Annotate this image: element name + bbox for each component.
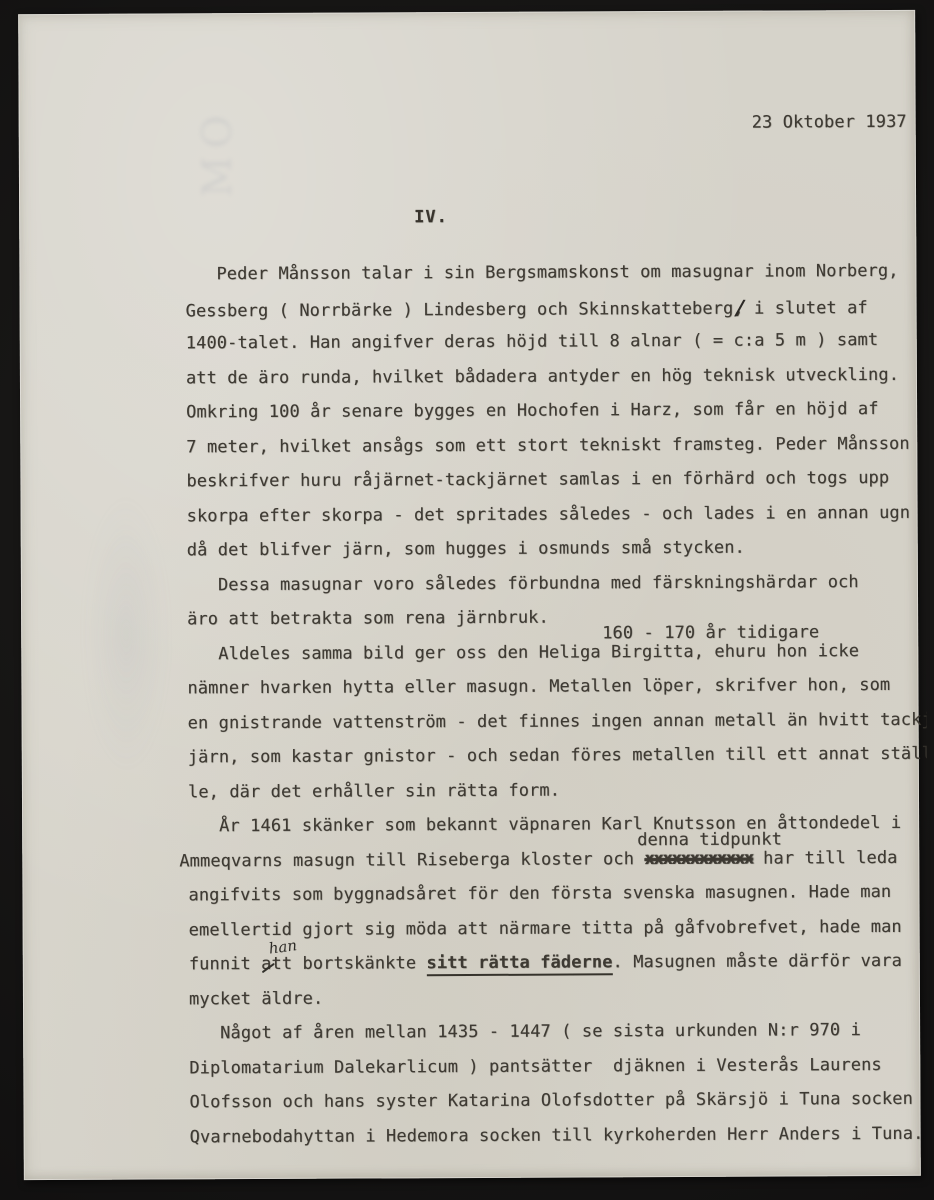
line-text: Olofsson och hans syster Katarina Olofsd… (189, 1089, 913, 1113)
document-line: järn, som kastar gnistor - och sedan för… (188, 744, 927, 770)
line-text: Ammeqvarns masugn till Riseberga kloster… (179, 849, 644, 871)
line-text: angifvits som byggnadsåret för den först… (188, 882, 891, 905)
document-line: le, där det erhåller sin rätta form. (188, 780, 560, 804)
document-line: att de äro runda, hvilket bådadera antyd… (186, 364, 899, 389)
line-text: le, där det erhåller sin rätta form. (188, 780, 560, 802)
line-text: Omkring 100 år senare bygges en Hochofen… (186, 399, 879, 422)
document-line: då det blifver järn, som hugges i osmund… (187, 538, 745, 563)
document-line: beskrifver huru råjärnet-tackjärnet saml… (186, 468, 889, 493)
line-text: Peder Månsson talar i sin Bergsmamskonst… (216, 261, 898, 284)
document-line: funnit att bortskänkte sitt rätta fädern… (189, 951, 902, 976)
line-text: . Masugnen måste därför vara (612, 951, 901, 972)
line-text: nämner hvarken hytta eller masugn. Metal… (187, 675, 890, 698)
line-text: att de äro runda, hvilket bådadera antyd… (186, 364, 899, 387)
line-text: har till leda (753, 847, 898, 868)
document-line: skorpa efter skorpa - det spritades såle… (187, 502, 911, 528)
line-text: då det blifver järn, som hugges i osmund… (187, 538, 745, 561)
document-line: Olofsson och hans syster Katarina Olofsd… (189, 1089, 913, 1115)
line-text: en gnistrande vattenström - det finnes i… (188, 709, 922, 733)
interlinear-insertion: denna tidpunkt (637, 829, 782, 850)
line-text: mycket äldre. (189, 988, 323, 1009)
document-line: 7 meter, hvilket ansågs som ett stort te… (186, 433, 910, 459)
document-line: Omkring 100 år senare bygges en Hochofen… (186, 399, 879, 424)
document-line: äro att betrakta som rena järnbruk. (187, 608, 549, 632)
document-line: Ammeqvarns masugn till Riseberga kloster… (179, 847, 897, 873)
document-line: Qvarnebodahyttan i Hedemora socken till … (190, 1123, 924, 1149)
document-line: 1400-talet. Han angifver deras höjd till… (186, 330, 879, 355)
line-text: funnit att bortskänkte (189, 953, 427, 974)
handwritten-insertion: han (268, 935, 299, 958)
line-text: Diplomatarium Dalekarlicum ) pantsätter … (189, 1054, 882, 1077)
line-text: järn, som kastar gnistor - och sedan för… (188, 744, 922, 768)
handwritten-slash: / (733, 297, 742, 317)
line-text: 7 meter, hvilket ansågs som ett stort te… (186, 433, 910, 457)
document-line: Aldeles samma bild ger oss den Heliga Bi… (187, 641, 859, 666)
line-text: År 1461 skänker som bekannt väpnaren Kar… (219, 813, 901, 836)
struck-out-text: xxxxxxxxxxxx (644, 848, 753, 869)
line-text: Qvarnebodahyttan i Hedemora socken till … (190, 1123, 924, 1147)
document-line: Gessberg ( Norrbärke ) Lindesberg och Sk… (186, 296, 868, 321)
line-text: 1400-talet. Han angifver deras höjd till… (186, 330, 879, 353)
line-text: Gessberg ( Norrbärke ) Lindesberg och Sk… (186, 298, 744, 321)
document-line: År 1461 skänker som bekannt väpnaren Kar… (188, 813, 901, 838)
document-line: Dessa masugnar voro således förbundna me… (187, 572, 859, 597)
document-line: Peder Månsson talar i sin Bergsmamskonst… (185, 261, 898, 286)
line-text: Något af åren mellan 1435 - 1447 ( se si… (220, 1020, 861, 1043)
document-page: MO 23 Oktober 1937 IV. Peder Månsson tal… (18, 10, 921, 1180)
edge-clipped-character: l (922, 744, 927, 764)
document-line: en gnistrande vattenström - det finnes i… (188, 709, 927, 735)
document-date: 23 Oktober 1937 (752, 112, 907, 133)
line-text: Dessa masugnar voro således förbundna me… (218, 572, 859, 595)
section-heading: IV. (414, 207, 448, 227)
document-line: nämner hvarken hytta eller masugn. Metal… (187, 675, 890, 700)
document-line: angifvits som byggnadsåret för den först… (188, 882, 891, 907)
document-line: mycket äldre. (189, 988, 323, 1011)
document-line: Diplomatarium Dalekarlicum ) pantsätter … (189, 1054, 882, 1079)
bleed-through-smudge (81, 493, 172, 773)
interlinear-insertion: 160 - 170 år tidigare (602, 622, 819, 643)
line-text: beskrifver huru råjärnet-tackjärnet saml… (186, 468, 889, 491)
line-text: i slutet af (744, 298, 868, 319)
bleed-through-stamp: MO (194, 27, 241, 197)
photo-background: MO 23 Oktober 1937 IV. Peder Månsson tal… (0, 0, 934, 1200)
line-text: skorpa efter skorpa - det spritades såle… (187, 502, 911, 526)
line-text: Aldeles samma bild ger oss den Heliga Bi… (218, 641, 859, 664)
edge-clipped-character: j (921, 709, 926, 729)
document-body: Peder Månsson talar i sin Bergsmamskonst… (18, 10, 915, 14)
underlined-text: sitt rätta fäderne (426, 952, 612, 975)
line-text: äro att betrakta som rena järnbruk. (187, 608, 549, 630)
document-line: Något af åren mellan 1435 - 1447 ( se si… (189, 1020, 861, 1045)
